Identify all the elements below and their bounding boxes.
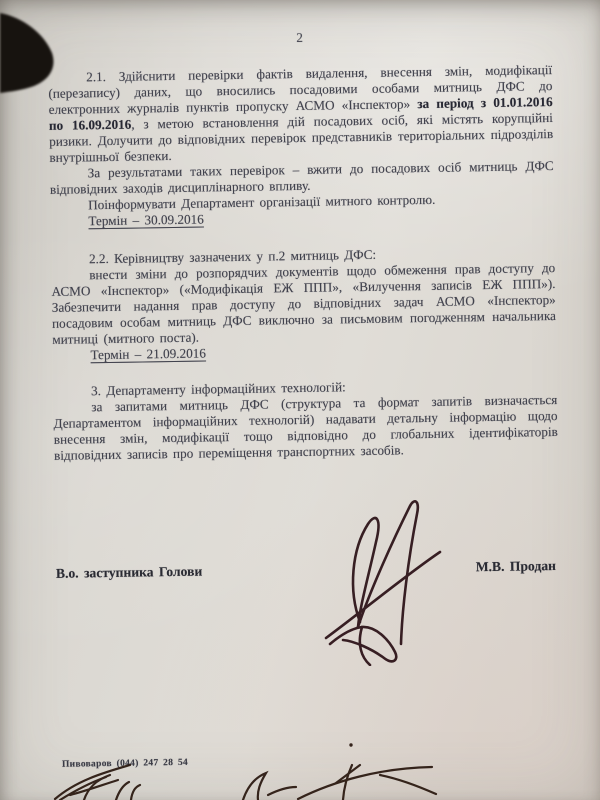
deadline-2-2-text: Термін – 21.09.2016 <box>90 345 206 362</box>
document-page: 2 2.1. Здійснити перевірки фактів видале… <box>0 0 600 800</box>
deadline-2-1-text: Термін – 30.09.2016 <box>88 211 204 228</box>
section-2-2: 2.2. Керівництву зазначених у п.2 митниц… <box>51 244 557 364</box>
paragraph-2-1-intro: 2.1. Здійснити перевірки фактів видаленн… <box>48 62 553 166</box>
signer-name: М.В. Продан <box>476 558 556 575</box>
signer-position-title: В.о. заступника Голови <box>56 564 203 582</box>
page-number: 2 <box>47 26 551 50</box>
photographed-document: 2 2.1. Здійснити перевірки фактів видале… <box>0 0 600 800</box>
paragraph-3-body: за запитами митниць ДФС (структура та фо… <box>53 392 558 464</box>
section-2-1: 2.1. Здійснити перевірки фактів видаленн… <box>48 62 554 230</box>
footer-contact: Пивоваров (044) 247 28 54 <box>62 755 188 773</box>
signature-block: В.о. заступника Голови М.В. Продан <box>56 558 560 582</box>
paragraph-2-2-body: внести зміни до розпорядчих документів щ… <box>51 260 556 348</box>
section-3: 3. Департаменту інформаційних технологій… <box>53 376 558 464</box>
